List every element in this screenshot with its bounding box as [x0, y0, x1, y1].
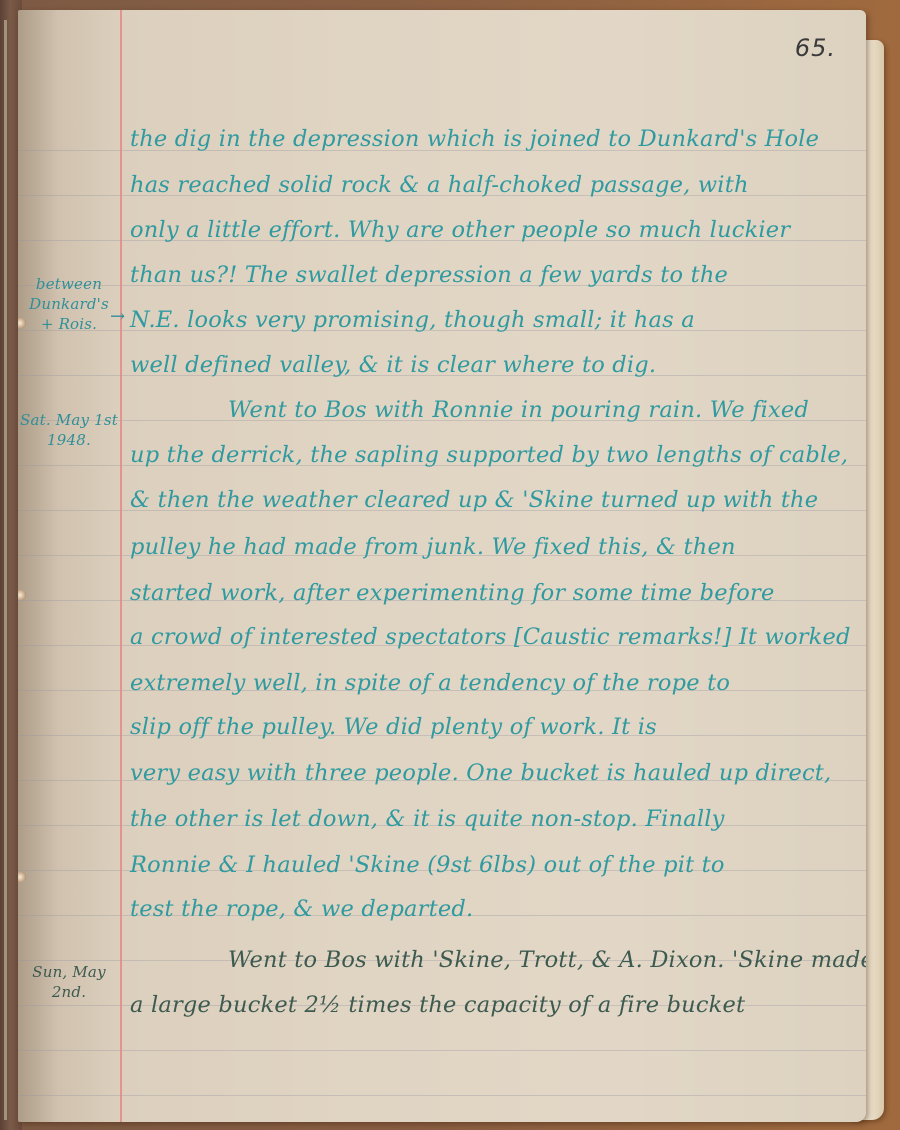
margin-note-line: Sat. May 1st [20, 410, 118, 430]
text-line: N.E. looks very promising, though small;… [130, 305, 695, 335]
margin-note-location: between Dunkard's + Rois. [20, 274, 118, 334]
margin-note-line: 1948. [20, 430, 118, 450]
text-line: well defined valley, & it is clear where… [130, 350, 656, 380]
text-line: Went to Bos with 'Skine, Trott, & A. Dix… [228, 945, 866, 975]
margin-note-date-sun: Sun, May 2nd. [20, 962, 118, 1002]
margin-note-line: Dunkard's [20, 294, 118, 314]
text-line: pulley he had made from junk. We fixed t… [130, 532, 736, 562]
page-number: 65. [795, 34, 836, 62]
ruled-line [18, 1050, 866, 1051]
margin-note-line: between [20, 274, 118, 294]
text-line: & then the weather cleared up & 'Skine t… [130, 485, 818, 515]
text-line: the dig in the depression which is joine… [130, 124, 819, 154]
text-line: Went to Bos with Ronnie in pouring rain.… [228, 395, 809, 425]
margin-note-line: + Rois. [20, 314, 118, 334]
text-line: up the derrick, the sapling supported by… [130, 440, 848, 470]
text-line: slip off the pulley. We did plenty of wo… [130, 712, 657, 742]
page-shadow [18, 10, 58, 1122]
ruled-line [18, 1095, 866, 1096]
arrow-icon: → [110, 306, 125, 327]
margin-note-line: Sun, May 2nd. [20, 962, 118, 1002]
text-line: very easy with three people. One bucket … [130, 758, 831, 788]
text-line: has reached solid rock & a half-choked p… [130, 170, 749, 200]
text-line: a crowd of interested spectators [Causti… [130, 622, 851, 652]
margin-note-date-sat: Sat. May 1st 1948. [20, 410, 118, 450]
notebook-page: 65. between Dunkard's + Rois. → Sat. May… [18, 10, 866, 1122]
text-line: a large bucket 2½ times the capacity of … [130, 990, 745, 1020]
text-line: started work, after experimenting for so… [130, 578, 774, 608]
text-line: the other is let down, & it is quite non… [130, 804, 725, 834]
text-line: than us?! The swallet depression a few y… [130, 260, 728, 290]
binding-edge [4, 20, 7, 1120]
text-line: Ronnie & I hauled 'Skine (9st 6lbs) out … [130, 850, 725, 880]
text-line: only a little effort. Why are other peop… [130, 215, 790, 245]
text-line: test the rope, & we departed. [130, 894, 473, 924]
margin-line [120, 10, 122, 1122]
text-line: extremely well, in spite of a tendency o… [130, 668, 730, 698]
